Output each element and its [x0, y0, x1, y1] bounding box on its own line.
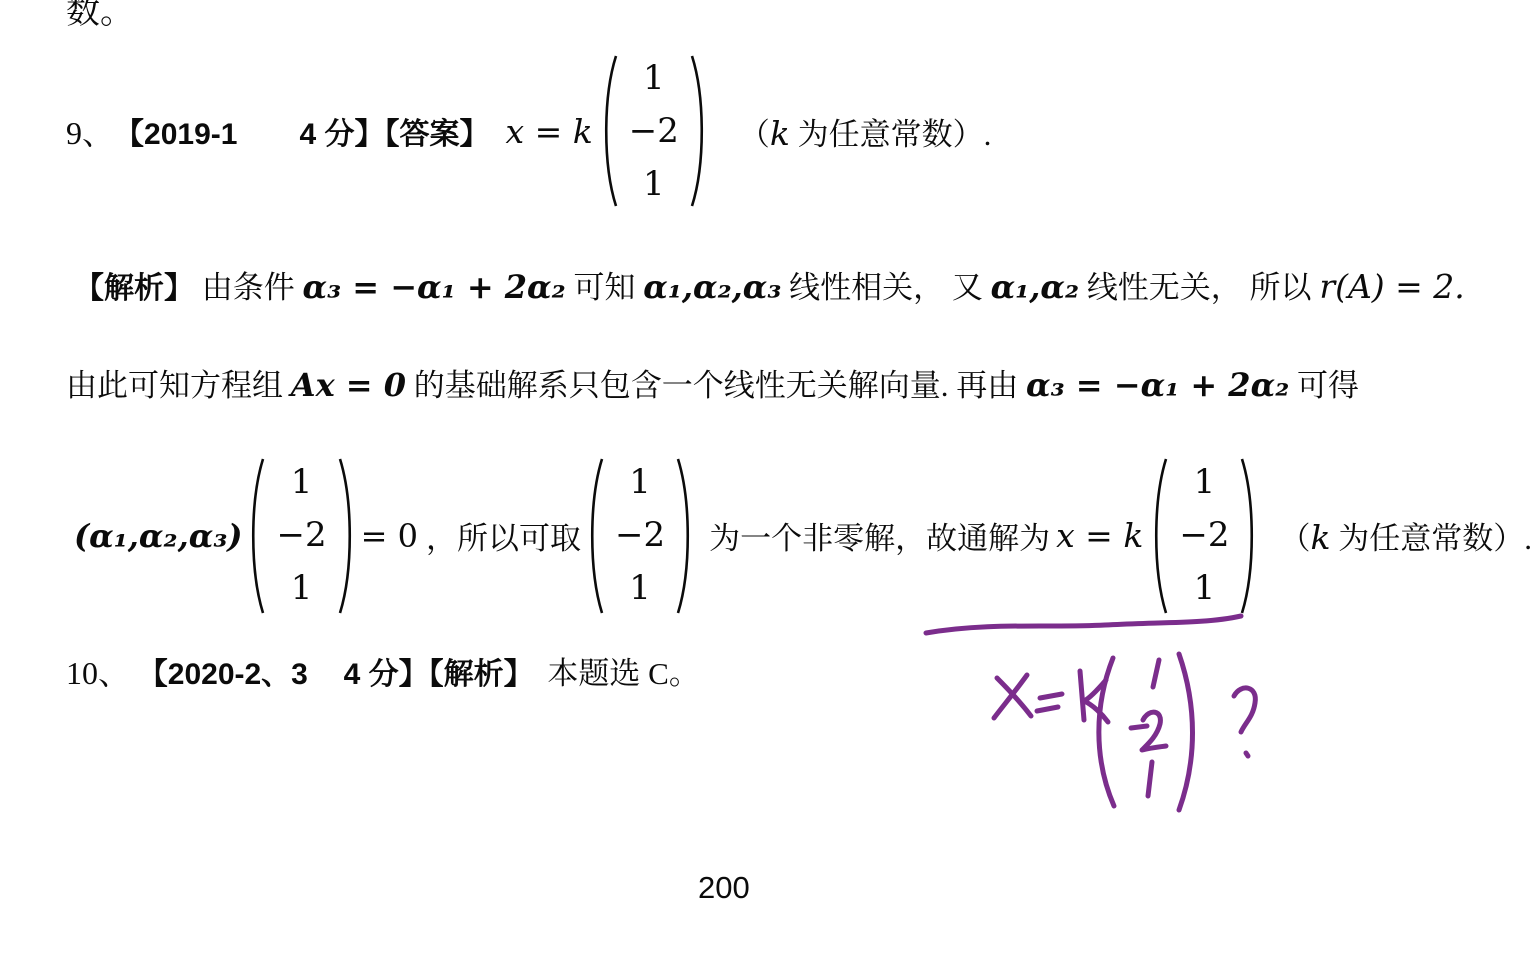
handwritten-question-dot [1246, 753, 1248, 756]
column-vector: 1 −2 1 [1149, 455, 1259, 617]
vector-row: 1 [643, 158, 665, 211]
note-open: （ [1279, 521, 1310, 556]
equals-zero: = 0 [361, 517, 418, 555]
math-alpha-pair: α₁,α₂ [991, 268, 1079, 306]
note-rest: 为任意常数）. [790, 117, 992, 152]
problem9-line: 9、 【2019-1 4 分】【答案】 x = k 1 −2 1 （k 为任意常… [66, 50, 991, 212]
equation-note: （k 为任意常数）. [1279, 513, 1532, 558]
analysis-line1: 【解析】 由条件 α₃ = −α₁ + 2α₂ 可知 α₁,α₂,α₃ 线性相关… [74, 262, 1465, 307]
column-vector: 1 −2 1 [585, 455, 695, 617]
analysis-label: 【解析】 [74, 272, 194, 305]
column-vector: 1 −2 1 [599, 52, 709, 211]
handwritten-one-top [1153, 660, 1159, 687]
note-open: （ [739, 117, 770, 152]
text-segment: 由此可知方程组 [66, 368, 283, 403]
handwritten-annotation [900, 598, 1370, 848]
alpha-row-vector: (α₁,α₂,α₃) [74, 517, 242, 555]
right-paren-icon [1239, 455, 1259, 617]
right-paren-icon [337, 455, 357, 617]
text-segment: 可得 [1297, 368, 1359, 403]
handwritten-equals [1040, 694, 1062, 698]
handwritten-two [1142, 712, 1166, 750]
page-number: 200 [698, 870, 750, 906]
right-paren-icon [675, 455, 695, 617]
text-segment: 由条件 [202, 270, 295, 305]
column-vector: 1 −2 1 [246, 455, 356, 617]
problem9-index: 9、 [66, 108, 114, 154]
handwritten-question-mark [1234, 688, 1255, 732]
math-alpha-list: α₁,α₂,α₃ [643, 268, 781, 306]
general-solution-formula: x = k [1056, 516, 1143, 555]
text-segment: ，所以可取 [426, 513, 581, 558]
vector-row: 1 [629, 562, 651, 615]
handwritten-right-paren [1179, 654, 1193, 810]
problem9-formula: x = k [505, 112, 592, 151]
handwritten-minus [1131, 726, 1147, 728]
text-segment: 线性无关， 所以 [1087, 270, 1312, 305]
left-paren-icon [585, 455, 605, 617]
text-segment: 可知 [573, 270, 635, 305]
vector-row: 1 [643, 52, 665, 105]
handwritten-underline [926, 616, 1241, 633]
vector-row: 1 [1194, 456, 1216, 509]
left-paren-icon [599, 52, 619, 210]
right-paren-icon [689, 52, 709, 210]
problem10-points-label: 4 分】【解析】 [344, 658, 534, 691]
top-text-fragment: 数。 [66, 0, 134, 33]
problem10-tag: 【2020-2、3 [138, 658, 308, 691]
math-alpha-relation: α₃ = −α₁ + 2α₂ [1026, 366, 1289, 404]
note-k: k [770, 114, 790, 153]
problem9-points-answer-label: 4 分】【答案】 [299, 109, 489, 153]
vector-row: −2 [629, 105, 679, 158]
math-rank: r(A) = 2. [1319, 267, 1464, 306]
vector-row: 1 [291, 456, 313, 509]
analysis-line2: 由此可知方程组 Ax = 0 的基础解系只包含一个线性无关解向量. 再由 α₃ … [66, 360, 1359, 405]
handwritten-k-stroke [1080, 671, 1084, 720]
text-segment: 的基础解系只包含一个线性无关解向量. 再由 [414, 368, 1019, 403]
handwritten-one-bottom [1148, 762, 1152, 796]
equation-line: (α₁,α₂,α₃) 1 −2 1 = 0 ，所以可取 1 −2 1 为一个非零… [74, 448, 1532, 623]
handwritten-left-paren [1099, 658, 1114, 806]
math-system: Ax = 0 [291, 366, 406, 404]
vector-row: 1 [291, 562, 313, 615]
problem10-answer-text: 本题选 C。 [547, 656, 699, 691]
problem10-index: 10、 [66, 655, 130, 691]
left-paren-icon [246, 455, 266, 617]
problem9-tag: 【2019-1 [114, 109, 237, 153]
note-k: k [1310, 518, 1330, 557]
handwritten-equals [1037, 707, 1058, 711]
left-paren-icon [1149, 455, 1169, 617]
math-alpha-relation: α₃ = −α₁ + 2α₂ [303, 268, 566, 306]
vector-row: −2 [276, 509, 326, 562]
vector-row: −2 [1179, 509, 1229, 562]
vector-row: 1 [629, 456, 651, 509]
text-segment: 为一个非零解，故通解为 [709, 513, 1050, 558]
note-rest: 为任意常数）. [1330, 521, 1532, 556]
problem9-note: （k 为任意常数）. [739, 109, 992, 154]
vector-row: −2 [615, 509, 665, 562]
text-segment: 线性相关， 又 [789, 270, 983, 305]
problem10-line: 10、 【2020-2、3 4 分】【解析】 本题选 C。 [66, 648, 700, 694]
